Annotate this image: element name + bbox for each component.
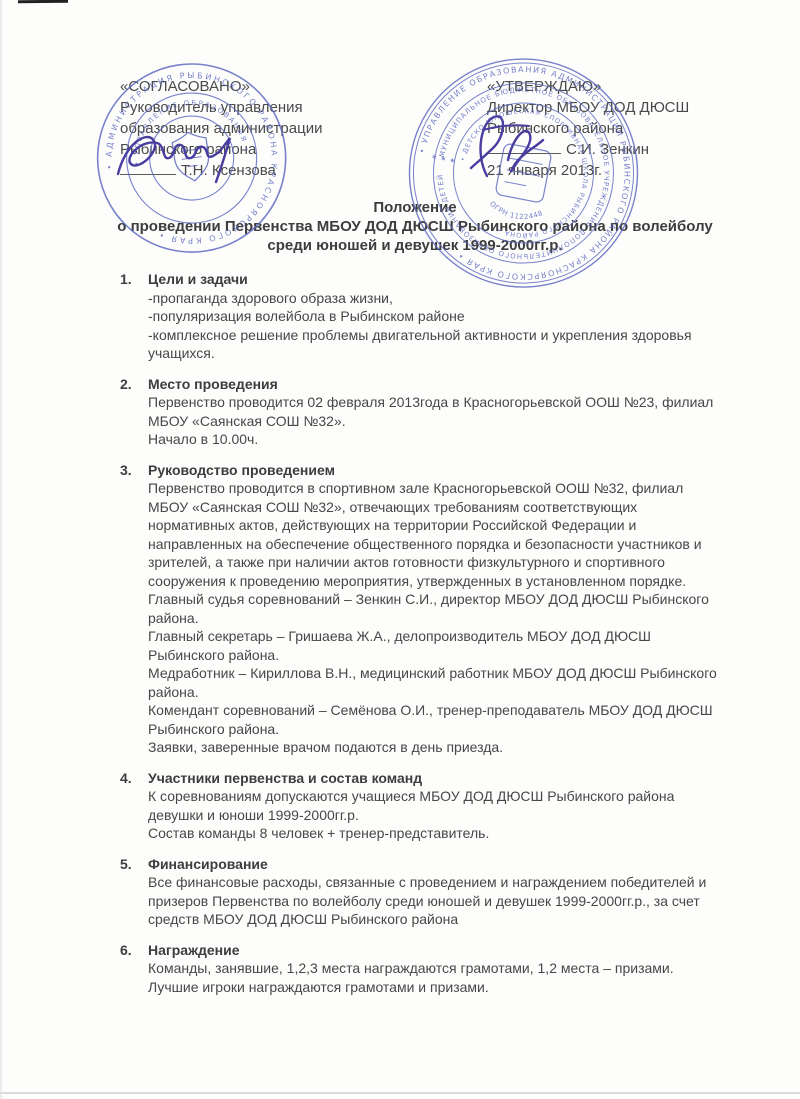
section-heading: Финансирование (148, 856, 268, 872)
section-paragraph: Заявки, заверенные врачом подаются в ден… (148, 738, 726, 757)
signature-zenkin (453, 110, 563, 189)
scan-edge-left (0, 0, 2, 1099)
section-paragraph: Первенство проводится 02 февраля 2013год… (148, 393, 726, 430)
section-management: 3.Руководство проведением Первенство про… (120, 461, 732, 757)
section-paragraph: Главный секретарь – Гришаева Ж.А., делоп… (148, 627, 726, 664)
stamp-ogrn-text: ОГРН 1122448 (486, 199, 545, 226)
section-financing: 5.Финансирование Все финансовые расходы,… (120, 855, 732, 929)
section-paragraph: Первенство проводится в спортивном зале … (148, 479, 726, 590)
scanned-document-page: «СОГЛАСОВАНО» Руководитель управления об… (0, 0, 800, 1099)
section-goals: 1.Цели и задачи -пропаганда здорового об… (120, 270, 732, 363)
section-number: 5. (120, 855, 148, 874)
section-heading: Награждение (148, 942, 240, 958)
section-paragraph: Комендант соревнований – Семёнова О.И., … (148, 701, 726, 738)
signature-scribble-icon (112, 126, 262, 190)
section-paragraph: Начало в 10.00ч. (148, 430, 726, 449)
section-paragraph: Медработник – Кириллова В.Н., медицински… (148, 664, 726, 701)
section-paragraph: Состав команды 8 человек + тренер-предст… (148, 824, 726, 843)
section-awards: 6.Награждение Команды, занявшие, 1,2,3 м… (120, 941, 732, 997)
section-participants: 4.Участники первенства и состав команд К… (120, 769, 732, 843)
section-venue: 2.Место проведения Первенство проводится… (120, 375, 732, 449)
section-number: 2. (120, 375, 148, 394)
section-heading: Участники первенства и состав команд (148, 770, 422, 786)
section-heading: Руководство проведением (148, 462, 335, 478)
scan-artifact-top (18, 0, 68, 3)
section-number: 6. (120, 941, 148, 960)
section-paragraph: Все финансовые расходы, связанные с пров… (148, 873, 726, 929)
svg-text:ОГРН 1122448: ОГРН 1122448 (486, 199, 545, 226)
section-paragraph: -пропаганда здорового образа жизни, (148, 289, 726, 308)
section-number: 3. (120, 461, 148, 480)
section-heading: Место проведения (148, 376, 278, 392)
signature-ksenzova (112, 126, 262, 195)
document-body: 1.Цели и задачи -пропаганда здорового об… (120, 270, 732, 1008)
section-paragraph: -комплексное решение проблемы двигательн… (148, 326, 726, 363)
section-paragraph: К соревнованиям допускаются учащиеся МБО… (148, 787, 726, 824)
scan-edge-bottom (0, 1092, 800, 1094)
section-paragraph: Главный судья соревнований – Зенкин С.И.… (148, 590, 726, 627)
section-paragraph: Команды, занявшие, 1,2,3 места награждаю… (148, 959, 726, 996)
signature-scribble-icon (453, 110, 563, 184)
section-paragraph: -популяризация волейбола в Рыбинском рай… (148, 307, 726, 326)
section-heading: Цели и задачи (148, 271, 248, 287)
section-number: 4. (120, 769, 148, 788)
